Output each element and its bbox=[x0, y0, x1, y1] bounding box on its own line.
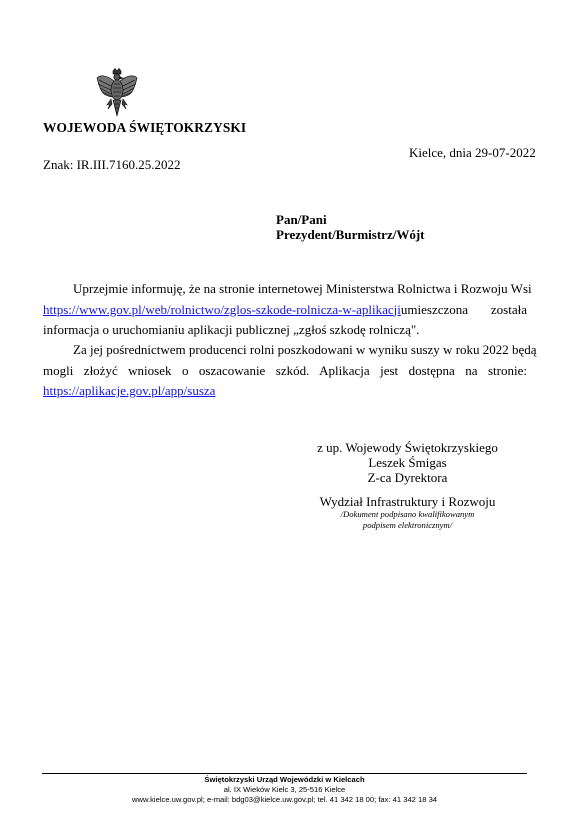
susza-app-link[interactable]: https://aplikacje.gov.pl/app/susza bbox=[43, 383, 215, 398]
addressee-line-1: Pan/Pani bbox=[276, 212, 425, 227]
footer-contact: www.kielce.uw.gov.pl; e-mail: bdg03@kiel… bbox=[42, 795, 527, 805]
signatory-name: Leszek Śmigas bbox=[300, 455, 515, 470]
department-name: Wydział Infrastruktury i Rozwoju bbox=[300, 494, 515, 509]
place-and-date: Kielce, dnia 29-07-2022 bbox=[409, 145, 536, 161]
footer: Świętokrzyski Urząd Wojewódzki w Kielcac… bbox=[42, 775, 527, 805]
paragraph-2-line-3: https://aplikacje.gov.pl/app/susza bbox=[43, 381, 527, 402]
footer-office-name: Świętokrzyski Urząd Wojewódzki w Kielcac… bbox=[42, 775, 527, 785]
paragraph-2: Za jej pośrednictwem producenci rolni po… bbox=[43, 340, 527, 402]
department-block: Wydział Infrastruktury i Rozwoju /Dokume… bbox=[300, 494, 515, 531]
issuer-name: WOJEWODA ŚWIĘTOKRZYSKI bbox=[43, 120, 246, 136]
signatory-title: Z-ca Dyrektora bbox=[300, 470, 515, 485]
e-signature-note-line-1: /Dokument podpisano kwalifikowanym bbox=[300, 509, 515, 520]
addressee-line-2: Prezydent/Burmistrz/Wójt bbox=[276, 227, 425, 242]
e-signature-note-line-2: podpisem elektronicznym/ bbox=[300, 520, 515, 531]
polish-eagle-emblem-icon bbox=[96, 68, 138, 118]
paragraph-1-line-1: Uprzejmie informuję, że na stronie inter… bbox=[43, 279, 527, 300]
ministry-app-link[interactable]: https://www.gov.pl/web/rolnictwo/zglos-s… bbox=[43, 300, 401, 321]
paragraph-1-line-2: https://www.gov.pl/web/rolnictwo/zglos-s… bbox=[43, 300, 527, 321]
paragraph-2-line-1: Za jej pośrednictwem producenci rolni po… bbox=[43, 340, 527, 361]
paragraph-2-line-2: mogli złożyć wniosek o oszacowanie szkód… bbox=[43, 361, 527, 382]
footer-address: al. IX Wieków Kielc 3, 25-516 Kielce bbox=[42, 785, 527, 795]
addressee-block: Pan/Pani Prezydent/Burmistrz/Wójt bbox=[276, 212, 425, 242]
text-zostala: została bbox=[491, 300, 527, 321]
text-umieszczona: umieszczona bbox=[401, 300, 468, 321]
signature-block: z up. Wojewody Świętokrzyskiego Leszek Ś… bbox=[300, 440, 515, 485]
footer-divider bbox=[42, 773, 527, 774]
paragraph-1-line-3: informacja o uruchomianiu aplikacji publ… bbox=[43, 320, 527, 341]
reference-number: Znak: IR.III.7160.25.2022 bbox=[43, 157, 181, 173]
signature-authority: z up. Wojewody Świętokrzyskiego bbox=[300, 440, 515, 455]
paragraph-1: Uprzejmie informuję, że na stronie inter… bbox=[43, 279, 527, 341]
